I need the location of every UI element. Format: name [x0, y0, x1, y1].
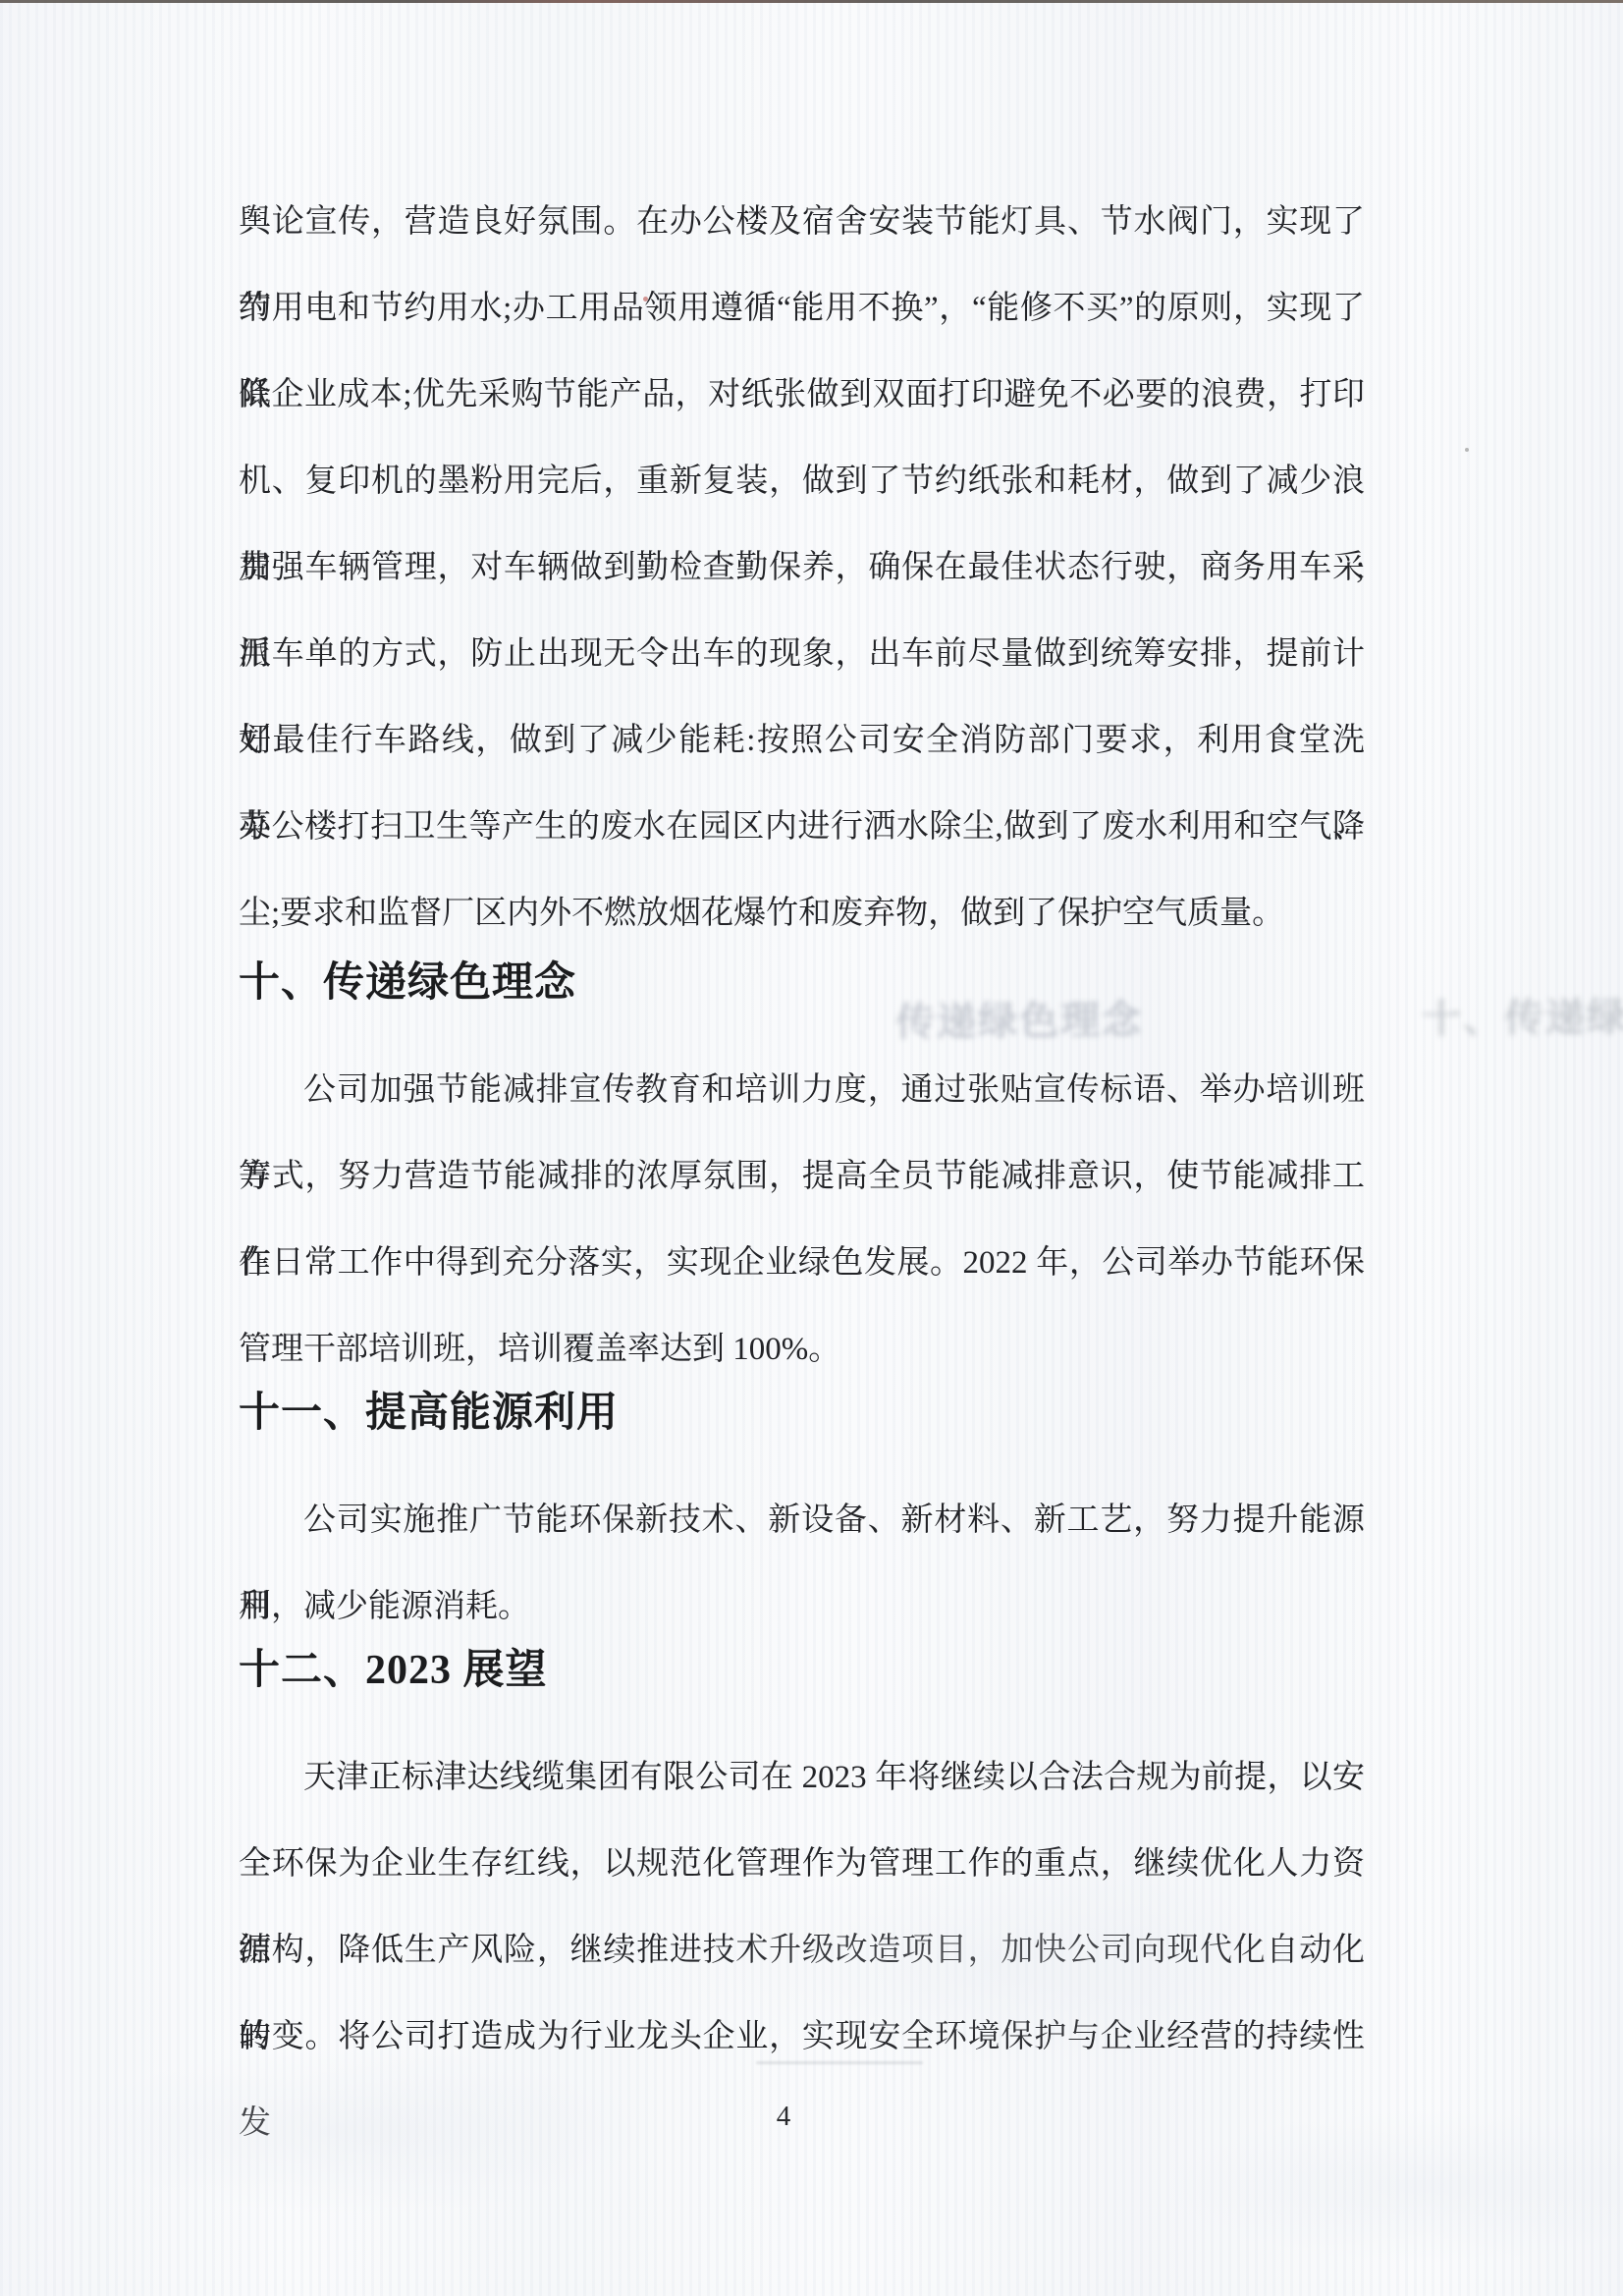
scan-top-edge-line	[0, 0, 1623, 3]
document-page: 舆论宣传，营造良好氛围。在办公楼及宿舍安装节能灯具、节水阀门，实现了节 约用电和…	[0, 0, 1623, 2296]
body-line: 全环保为企业生存红线，以规范化管理作为管理工作的重点，继续优化人力资源	[239, 1821, 1365, 1907]
body-line: 舆论宣传，营造良好氛围。在办公楼及宿舍安装节能灯具、节水阀门，实现了节	[239, 179, 1365, 265]
body-line: 机、复印机的墨粉用完后，重新复装，做到了节约纸张和耗材，做到了减少浪费;	[239, 438, 1365, 524]
body-line: 结构，降低生产风险，继续推进技术升级改造项目，加快公司向现代化自动化的	[239, 1907, 1365, 1994]
body-line: 天津正标津达线缆集团有限公司在 2023 年将继续以合法合规为前提，以安	[239, 1734, 1365, 1821]
body-line: 公司加强节能减排宣传教育和培训力度，通过张贴宣传标语、举办培训班等	[239, 1047, 1365, 1133]
section-heading-11: 十一、提高能源利用	[239, 1370, 619, 1456]
body-line: 办公楼打扫卫生等产生的废水在园区内进行洒水除尘,做到了废水利用和空气降	[239, 784, 1365, 870]
body-line: 低企业成本;优先采购节能产品，对纸张做到双面打印避免不必要的浪费，打印	[239, 352, 1365, 438]
body-line: 加强车辆管理，对车辆做到勤检查勤保养，确保在最佳状态行驶，商务用车采用	[239, 524, 1365, 611]
red-ink-speck	[643, 297, 648, 301]
page-number: 4	[239, 2073, 1328, 2159]
section-heading-12: 十二、2023 展望	[239, 1627, 548, 1714]
section-heading-10: 十、传递绿色理念	[239, 940, 576, 1026]
gray-dust-speck	[1465, 448, 1469, 452]
body-line: 方式，努力营造节能减排的浓厚氛围，提高全员节能减排意识，使节能减排工作	[239, 1133, 1365, 1220]
body-line: 转变。将公司打造成为行业龙头企业，实现安全环境保护与企业经营的持续性发	[239, 1994, 1365, 2080]
ghost-text-artifact: 十、传递绿	[1422, 986, 1623, 1044]
body-line: 公司实施推广节能环保新技术、新设备、新材料、新工艺，努力提升能源利	[239, 1477, 1365, 1563]
body-line: 派车单的方式，防止出现无令出车的现象，出车前尽量做到统筹安排，提前计划	[239, 611, 1365, 697]
ghost-text-artifact: 传递绿色理念	[895, 989, 1144, 1048]
body-line: 好最佳行车路线，做到了减少能耗:按照公司安全消防部门要求，利用食堂洗菜、	[239, 697, 1365, 784]
body-line: 约用电和节约用水;办工用品领用遵循“能用不换”，“能修不买”的原则，实现了降	[239, 265, 1365, 352]
scan-smudge	[756, 2061, 923, 2064]
body-line: 在日常工作中得到充分落实，实现企业绿色发展。2022 年，公司举办节能环保	[239, 1220, 1365, 1306]
